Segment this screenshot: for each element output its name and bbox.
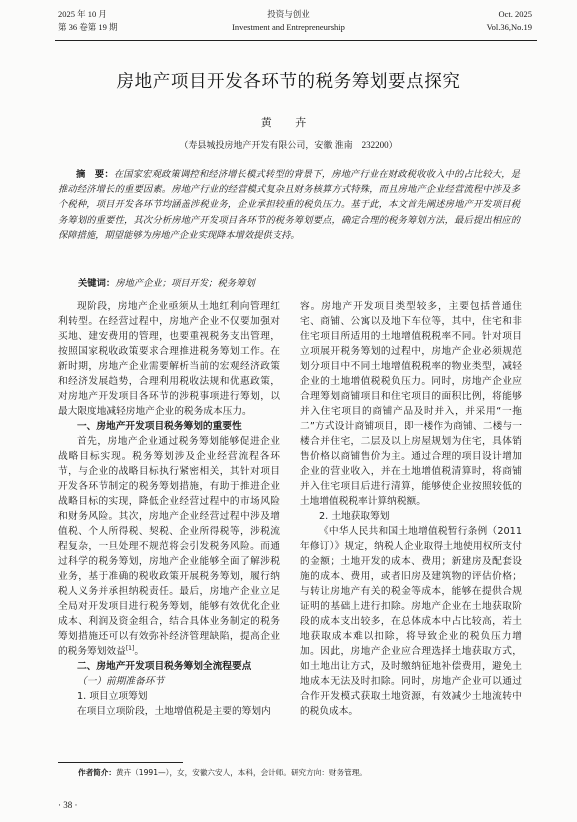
keywords: 关键词：房地产企业；项目开发；税务筹划 — [78, 275, 255, 289]
header-right: Oct. 2025 Vol.36,No.19 — [487, 8, 532, 34]
paragraph: 容。房地产开发项目类型较多，主要包括普通住宅、商铺、公寓以及地下车位等，其中，住… — [300, 299, 522, 509]
journal-page: 2025 年 10 月 第 36 卷第 19 期 投资与创业 Investmen… — [0, 0, 577, 822]
article-affiliation: （寿县城投房地产开发有限公司，安徽 淮南 232200） — [0, 138, 577, 151]
article-title: 房地产项目开发各环节的税务筹划要点探究 — [0, 68, 577, 93]
paragraph: 在项目立项阶段，土地增值税是主要的筹划内 — [58, 704, 280, 719]
header-issue-en: Vol.36,No.19 — [487, 21, 532, 34]
header-rule — [55, 40, 537, 41]
footnote-label: 作者简介： — [78, 768, 116, 777]
footnote-rule — [58, 762, 183, 763]
footnote-text: 黄卉（1991—），女，安徽六安人，本科，会计师。研究方向：财务管理。 — [116, 768, 367, 777]
abstract-label: 摘 要： — [76, 169, 114, 180]
section-heading-2: 二、房地产开发项目税务筹划全流程要点 — [58, 659, 280, 674]
section-heading-1: 一、房地产开发项目税务筹划的重要性 — [58, 419, 280, 434]
subsubsection-heading: 2. 土地获取筹划 — [300, 509, 522, 524]
keywords-text: 房地产企业；项目开发；税务筹划 — [115, 278, 254, 289]
author-footnote: 作者简介：黄卉（1991—），女，安徽六安人，本科，会计师。研究方向：财务管理。 — [78, 767, 367, 778]
abstract-text: 在国家宏观政策调控和经济增长模式转型的背景下，房地产行业在财政税收收入中的占比较… — [58, 169, 520, 241]
subsubsection-heading: 1. 项目立项筹划 — [58, 689, 280, 704]
paragraph-end: 。 — [134, 646, 144, 657]
paragraph: 首先，房地产企业通过税务筹划能够促进企业战略目标实现。税务筹划涉及企业经营流程各… — [58, 434, 280, 659]
header-date-en: Oct. 2025 — [487, 8, 532, 21]
paragraph: 现阶段，房地产企业亟须从土地红利向管理红利转型。在经营过程中，房地产企业不仅要加… — [58, 299, 280, 419]
subsection-heading: （一）前期准备环节 — [58, 674, 280, 689]
page-number: · 38 · — [58, 800, 78, 810]
body-column-right: 容。房地产开发项目类型较多，主要包括普通住宅、商铺、公寓以及地下车位等，其中，住… — [300, 299, 522, 719]
paragraph: 《中华人民共和国土地增值税暂行条例（2011 年修订）》规定，纳税人企业取得土地… — [300, 524, 522, 719]
body-column-left: 现阶段，房地产企业亟须从土地红利向管理红利转型。在经营过程中，房地产企业不仅要加… — [58, 299, 280, 719]
article-author: 黄 卉 — [0, 114, 577, 130]
abstract: 摘 要：在国家宏观政策调控和经济增长模式转型的背景下，房地产行业在财政税收收入中… — [58, 167, 520, 243]
paragraph-text: 首先，房地产企业通过税务筹划能够促进企业战略目标实现。税务筹划涉及企业经营流程各… — [58, 436, 280, 657]
keywords-label: 关键词： — [78, 278, 115, 289]
